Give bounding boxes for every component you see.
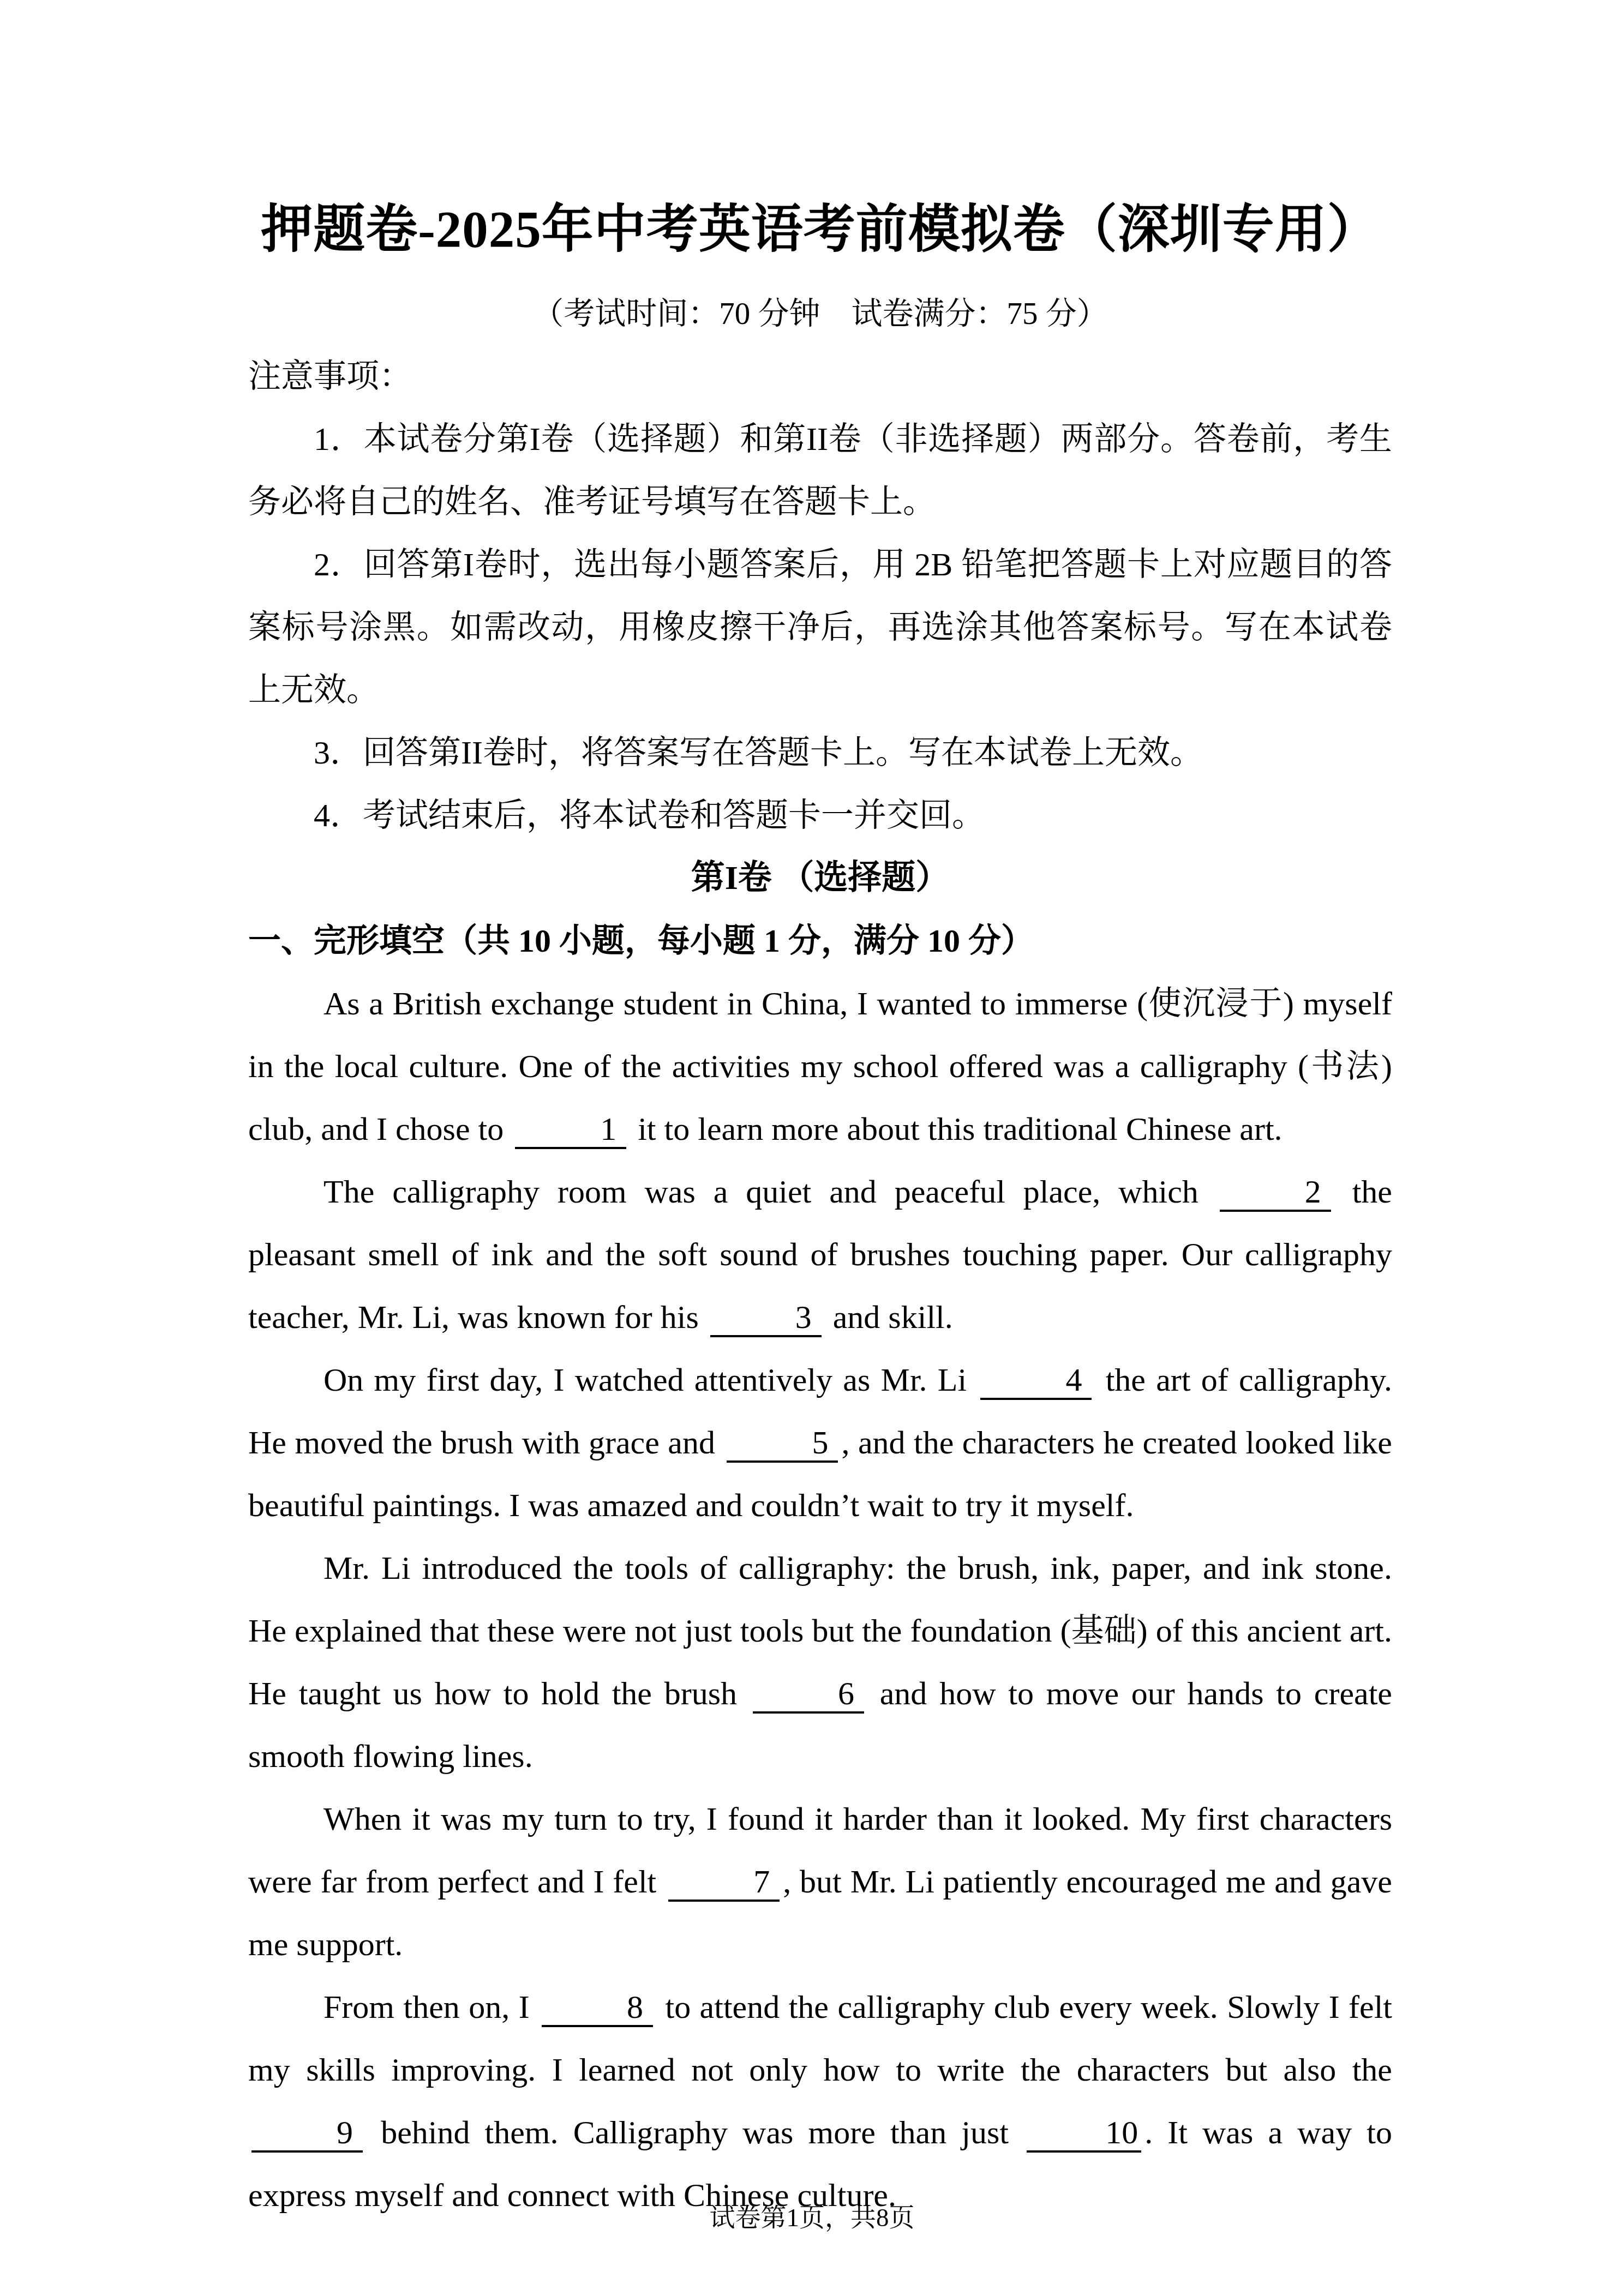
exam-subtitle: （考试时间：70 分钟 试卷满分：75 分） <box>248 283 1392 345</box>
page-title: 押题卷-2025年中考英语考前模拟卷（深圳专用） <box>248 191 1392 269</box>
cloze-blank-8: 8 <box>542 1989 653 2027</box>
passage-text: and skill. <box>825 1299 953 1335</box>
exam-page: 押题卷-2025年中考英语考前模拟卷（深圳专用） （考试时间：70 分钟 试卷满… <box>0 0 1624 2296</box>
cloze-blank-1: 1 <box>515 1111 626 1149</box>
cloze-section-heading: 一、完形填空（共 10 小题，每小题 1 分，满分 10 分） <box>248 910 1392 972</box>
notice-heading: 注意事项： <box>248 345 1392 408</box>
passage-text: On my first day, I watched attentively a… <box>323 1362 977 1398</box>
passage-paragraph-1: As a British exchange student in China, … <box>248 972 1392 1161</box>
passage-text: From then on, I <box>323 1989 538 2025</box>
cloze-blank-3: 3 <box>710 1299 822 1337</box>
passage-text: The calligraphy room was a quiet and pea… <box>323 1174 1216 1210</box>
passage-paragraph-3: On my first day, I watched attentively a… <box>248 1349 1392 1537</box>
cloze-blank-2: 2 <box>1220 1174 1331 1212</box>
cloze-blank-9: 9 <box>251 2114 363 2153</box>
cloze-blank-10: 10 <box>1027 2114 1141 2153</box>
notice-item-3: 3．回答第II卷时，将答案写在答题卡上。写在本试卷上无效。 <box>248 722 1392 784</box>
notice-item-2: 2．回答第I卷时，选出每小题答案后，用 2B 铅笔把答题卡上对应题目的答案标号涂… <box>248 533 1392 722</box>
passage-paragraph-2: The calligraphy room was a quiet and pea… <box>248 1161 1392 1349</box>
cloze-blank-5: 5 <box>727 1425 838 1463</box>
cloze-blank-6: 6 <box>753 1675 864 1714</box>
passage-paragraph-4: Mr. Li introduced the tools of calligrap… <box>248 1537 1392 1788</box>
notice-item-4: 4．考试结束后，将本试卷和答题卡一并交回。 <box>248 784 1392 847</box>
passage-text: behind them. Calligraphy was more than j… <box>366 2114 1023 2150</box>
part1-title: 第I卷 （选择题） <box>248 847 1392 910</box>
cloze-blank-7: 7 <box>668 1864 780 1902</box>
cloze-blank-4: 4 <box>980 1362 1092 1400</box>
exam-content: 押题卷-2025年中考英语考前模拟卷（深圳专用） （考试时间：70 分钟 试卷满… <box>0 0 1624 2227</box>
passage-paragraph-5: When it was my turn to try, I found it h… <box>248 1788 1392 1976</box>
passage-paragraph-6: From then on, I 8 to attend the calligra… <box>248 1976 1392 2227</box>
page-footer: 试卷第1页，共8页 <box>0 2203 1624 2233</box>
notice-item-1: 1．本试卷分第I卷（选择题）和第II卷（非选择题）两部分。答卷前，考生务必将自己… <box>248 408 1392 533</box>
passage-text: it to learn more about this traditional … <box>630 1111 1282 1147</box>
